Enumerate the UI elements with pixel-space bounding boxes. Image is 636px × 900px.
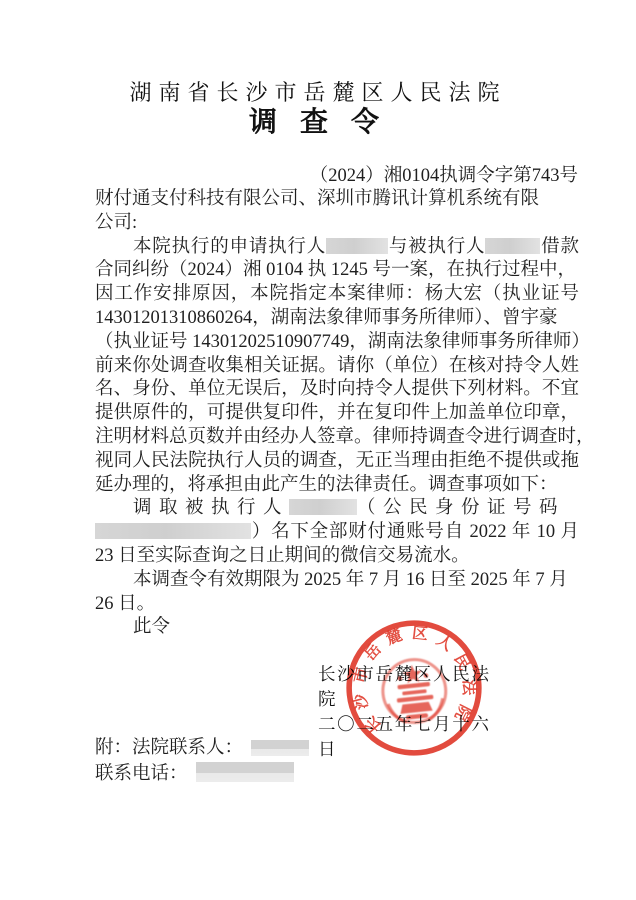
body-text: 此令 [133, 617, 170, 637]
body-text: 财付通支付科技有限公司、深圳市腾讯计算机系统有限 [95, 189, 539, 209]
body-lines: 财付通支付科技有限公司、深圳市腾讯计算机系统有限公司:本院执行的申请执行人与被执… [95, 188, 579, 640]
body-line: 23 日至实际查询之日止期间的微信交易流水。 [95, 545, 579, 569]
body-text: （公民身份证号码 [357, 498, 565, 518]
body-text: 调取被执行人 [133, 498, 289, 518]
body-line: 前来你处调查收集相关证据。请你（单位）在核对持令人姓 [95, 355, 579, 379]
body-line: 提供原件的，可提供复印件，并在复印件上加盖单位印章， [95, 402, 579, 426]
body-text: 公司: [95, 213, 137, 233]
national-emblem-icon [380, 656, 449, 725]
body-text: 26 日。 [95, 594, 155, 614]
body-line: 注明材料总页数并由经办人签章。律师持调查令进行调查时， [95, 426, 579, 450]
redacted-text [326, 238, 388, 254]
body-text: 视同人民法院执行人员的调查，无正当理由拒绝不提供或拖 [95, 451, 579, 471]
body-text: 延办理的，将承担由此产生的法律责任。调查事项如下： [95, 475, 558, 495]
body-line: 财付通支付科技有限公司、深圳市腾讯计算机系统有限 [95, 188, 579, 212]
body-text: 与被执行人 [388, 237, 485, 257]
footer-contact: 附：法院联系人：联系电话： [95, 735, 309, 787]
body-text: 名、身份、单位无误后，及时向持令人提供下列材料。不宜 [95, 379, 579, 399]
redacted-text [289, 499, 357, 515]
body-line: 视同人民法院执行人员的调查，无正当理由拒绝不提供或拖 [95, 450, 579, 474]
body-text: 前来你处调查收集相关证据。请你（单位）在核对持令人姓 [95, 356, 579, 376]
footer-label: 附：法院联系人： [95, 738, 243, 758]
body-text: ）名下全部财付通账号自 2022 年 10 月 [251, 522, 579, 542]
body-line: ）名下全部财付通账号自 2022 年 10 月 [95, 521, 579, 545]
document-page: 湖南省长沙市岳麓区人民法院 调 查 令 （2024）湘0104执调令字第743号… [0, 0, 636, 900]
body-line: 公司: [95, 212, 579, 236]
body-text: 因工作安排原因，本院指定本案律师：杨大宏（执业证号 [95, 284, 579, 304]
court-seal-icon: 长沙市岳麓区人民法院 [330, 604, 497, 771]
body-text: 14301201310860264，湖南法象律师事务所律师）、曾宇豪 [95, 308, 558, 328]
body-line: 名、身份、单位无误后，及时向持令人提供下列材料。不宜 [95, 378, 579, 402]
body-line: 26 日。 [95, 593, 579, 617]
redacted-text [95, 523, 251, 539]
body-text: 本院执行的申请执行人 [133, 237, 326, 257]
body-text: 本调查令有效期限为 2025 年 7 月 16 日至 2025 年 7 月 [133, 570, 568, 590]
redacted-text [485, 238, 540, 254]
body-text: 注明材料总页数并由经办人签章。律师持调查令进行调查时， [95, 427, 595, 447]
footer-line: 附：法院联系人： [95, 735, 309, 761]
body-text: （执业证号 14301202510907749，湖南法象律师事务所律师） [95, 332, 590, 352]
court-seal-stamp: 长沙市岳麓区人民法院 [330, 604, 497, 771]
redacted-text [196, 762, 294, 782]
body-line: 延办理的，将承担由此产生的法律责任。调查事项如下： [95, 474, 579, 498]
body-line: 本院执行的申请执行人与被执行人借款 [95, 236, 579, 260]
body-text: 提供原件的，可提供复印件，并在复印件上加盖单位印章， [95, 403, 579, 423]
body-text: 借款 [540, 237, 579, 257]
body-line: 本调查令有效期限为 2025 年 7 月 16 日至 2025 年 7 月 [95, 569, 579, 593]
body-line: 调取被执行人（公民身份证号码 [95, 497, 579, 521]
body-line: 因工作安排原因，本院指定本案律师：杨大宏（执业证号 [95, 283, 579, 307]
body-text: 合同纠纷（2024）湘 0104 执 1245 号一案，在执行过程中， [95, 260, 576, 280]
redacted-text [251, 740, 309, 756]
body-text: 23 日至实际查询之日止期间的微信交易流水。 [95, 546, 470, 566]
body-line: 14301201310860264，湖南法象律师事务所律师）、曾宇豪 [95, 307, 579, 331]
body-line: （执业证号 14301202510907749，湖南法象律师事务所律师） [95, 331, 579, 355]
footer-line: 联系电话： [95, 761, 309, 787]
body-line: 合同纠纷（2024）湘 0104 执 1245 号一案，在执行过程中， [95, 259, 579, 283]
case-number: （2024）湘0104执调令字第743号 [310, 161, 578, 187]
document-title: 调 查 令 [0, 100, 636, 140]
footer-label: 联系电话： [95, 764, 188, 784]
